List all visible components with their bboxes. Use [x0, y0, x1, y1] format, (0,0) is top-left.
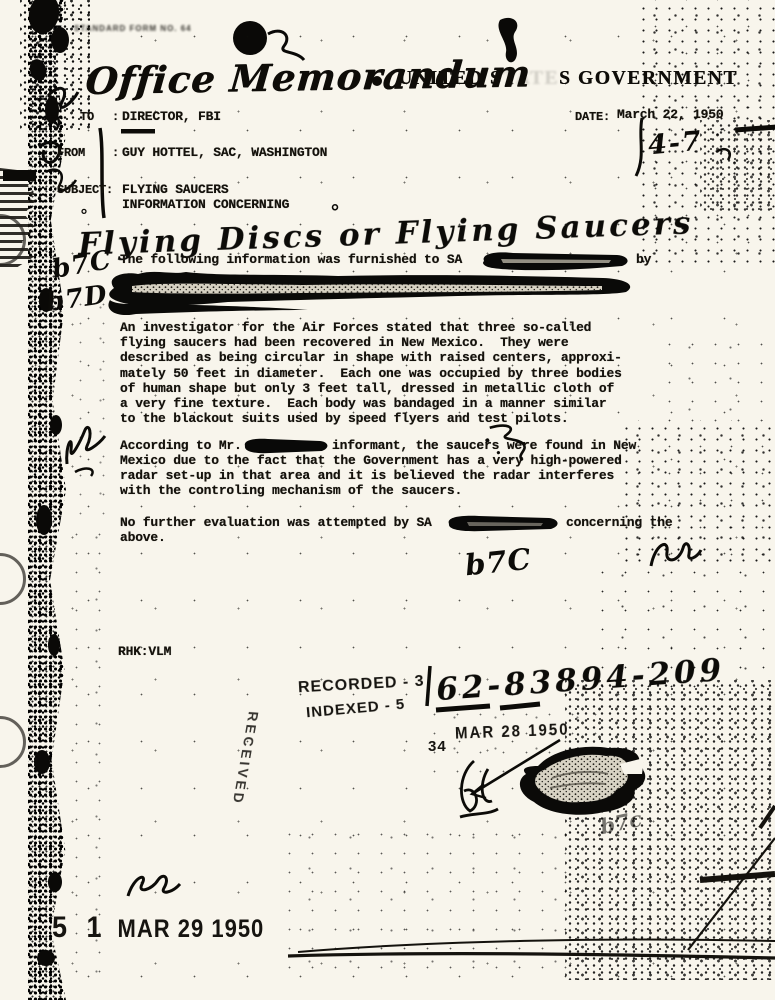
paragraph-2: Mexico due to the fact that the Governme…: [120, 453, 622, 499]
date-note-strokes: [620, 112, 775, 182]
intro-text-post: by: [636, 252, 651, 267]
hole-punch-middle: [0, 553, 26, 605]
para2-text-pre: According to Mr.: [120, 438, 242, 453]
government-heading: UNITED STATES GOVERNMENT: [398, 68, 738, 90]
degree-mark-2: °: [80, 206, 88, 225]
initials-scribble-right: [645, 532, 705, 582]
date-label: DATE:: [575, 110, 610, 125]
para1-line: flying saucers had been recovered in New…: [120, 335, 622, 350]
org-post: S GOVERNMENT: [559, 68, 738, 89]
recorded-stamp: RECORDED - 3: [298, 673, 425, 698]
right-mid-noise-1: [655, 330, 770, 425]
para2-line: radar set-up in that area and it is beli…: [120, 468, 622, 483]
to-label: TO: [80, 110, 94, 125]
file-number-marks: [420, 662, 550, 717]
fbi-memo-scan-page: STANDARD FORM NO. 64 Office Memorandum U…: [0, 0, 775, 1000]
subject-value-line2: INFORMATION CONCERNING: [122, 197, 289, 212]
subject-label: SUBJECT:: [57, 183, 113, 198]
subject-value-line1: FLYING SAUCERS: [122, 182, 228, 197]
to-value: DIRECTOR, FBI: [122, 109, 221, 124]
para3-line2: above.: [120, 530, 166, 545]
initials-scribble-bottom: [122, 868, 192, 913]
org-faded: TATE: [502, 68, 559, 89]
redaction-informant-line: [98, 266, 643, 321]
code-b7c-below-para3: b7C: [463, 542, 533, 583]
para1-line: a very fine texture. Each body was banda…: [120, 396, 622, 411]
bottom-stamp-number: 5 1: [52, 910, 108, 944]
intro-text-pre: The following information was furnished …: [120, 252, 462, 267]
margin-scribble-b7: [55, 420, 125, 480]
from-separator: :: [112, 146, 119, 161]
para3-text-post: concerning the: [566, 515, 672, 530]
para1-line: An investigator for the Air Forces state…: [120, 320, 622, 335]
para1-line: mately 50 feet in diameter. Each one was…: [120, 366, 622, 381]
para2-line: Mexico due to the fact that the Governme…: [120, 453, 622, 468]
bottom-date-stamp-group: 5 1 MAR 29 1950: [52, 912, 264, 943]
rotated-scribble-overlay: [478, 408, 538, 478]
from-label: FROM: [57, 146, 85, 161]
from-value: GUY HOTTEL, SAC, WASHINGTON: [122, 145, 327, 160]
para1-line: described as being circular in shape wit…: [120, 350, 622, 365]
para2-line: with the controling mechanism of the sau…: [120, 483, 622, 498]
org-pre: UNITED S: [398, 68, 502, 89]
bottom-stamp-date: MAR 29 1950: [118, 914, 265, 944]
hole-punch-bottom: [0, 716, 26, 768]
received-stamp: RECEIVED: [229, 711, 262, 806]
to-separator: :: [112, 110, 119, 125]
redaction-sa-name-2: [443, 513, 563, 533]
left-mid-noise: [66, 290, 106, 520]
reference-initials: RHK:VLM: [118, 644, 171, 659]
para1-line: to the blackout suits used by speed flye…: [120, 411, 622, 426]
header-bullet: [372, 76, 382, 86]
initials-scribble-center: [448, 755, 508, 825]
left-solid-bar-artifact: [3, 170, 36, 181]
para1-line: of human shape but only 3 feet tall, dre…: [120, 381, 622, 396]
degree-mark-1: °: [330, 200, 340, 224]
form-number-label: STANDARD FORM NO. 64: [74, 24, 192, 33]
paragraph-1: An investigator for the Air Forces state…: [120, 320, 622, 426]
para3-text-pre: No further evaluation was attempted by S…: [120, 515, 432, 530]
indexed-stamp: INDEXED - 5: [305, 696, 405, 722]
